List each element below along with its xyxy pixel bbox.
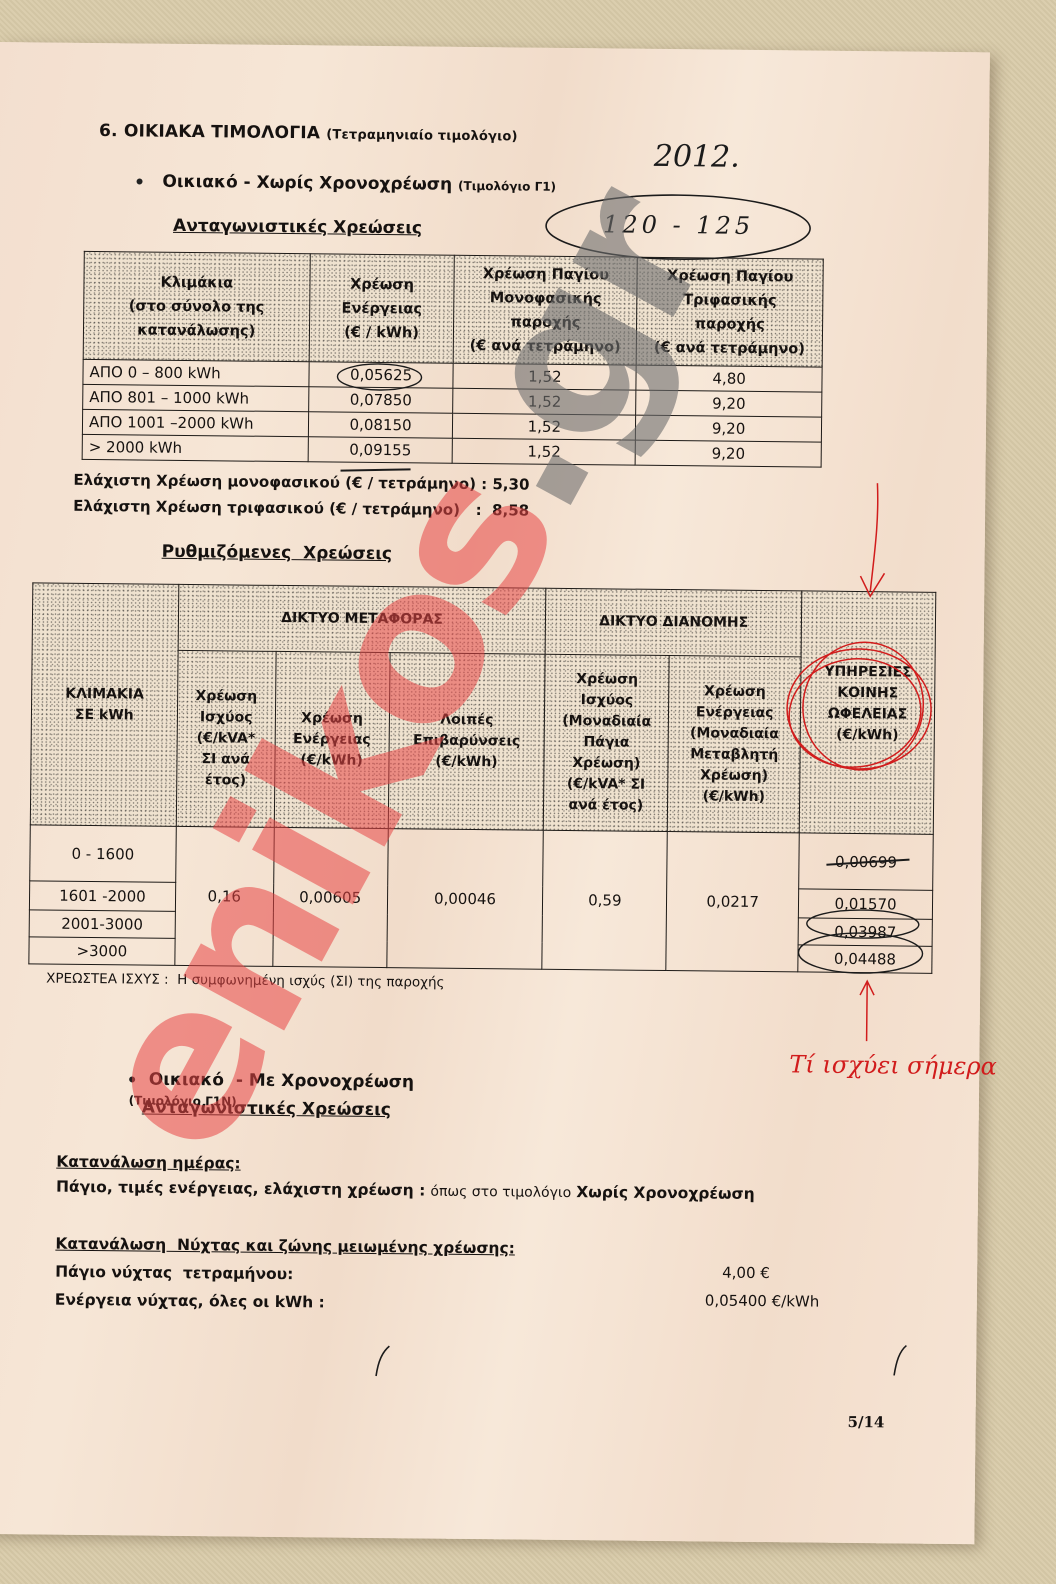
tier-cell: ΑΠΟ 1001 –2000 kWh <box>82 409 308 436</box>
day-consumption-line: Πάγιο, τιμές ενέργειας, ελάχιστη χρέωση … <box>56 1177 755 1203</box>
bullet-icon <box>137 178 143 184</box>
tier-cell: ΑΠΟ 0 – 800 kWh <box>83 359 309 386</box>
header-energy-charge: ΧρέωσηΕνέργειας(€ / kWh) <box>309 254 455 364</box>
header-distribution-network: ΔΙΚΤΥΟ ΔΙΑΝΟΜΗΣ <box>545 588 801 657</box>
tier-cell: ΑΠΟ 801 – 1000 kWh <box>83 384 309 411</box>
psp-value: 0,01570 <box>798 889 932 919</box>
tariff-g1-title-text: Οικιακό - Χωρίς Χρονοχρέωση <box>162 172 452 195</box>
dist-power-value: 0,59 <box>542 830 667 970</box>
header-tiers-kwh: ΚΛΙΜΑΚΙΑΣΕ kWh <box>30 583 178 827</box>
handwritten-red-note: Τί ισχύει σήμερα <box>789 1050 997 1080</box>
section-title: 6. ΟΙΚΙΑΚΑ ΤΙΜΟΛΟΓΙΑ (Τετραμηνιαίο τιμολ… <box>99 121 518 145</box>
dist-energy-value: 0,0217 <box>666 832 799 972</box>
header-tiers: Κλιμάκια(στο σύνολο τηςκατανάλωσης) <box>83 251 310 361</box>
section-title-text: 6. ΟΙΚΙΑΚΑ ΤΙΜΟΛΟΓΙΑ <box>99 121 320 143</box>
psp-value: 0,04488 <box>798 945 932 973</box>
header-dist-power-charge: ΧρέωσηΙσχύος(ΜοναδιαίαΠάγιαΧρέωση)(€/kVA… <box>544 654 670 831</box>
psp-value: 0,03987 <box>798 918 932 946</box>
header-dist-energy-charge: ΧρέωσηΕνέργειας(ΜοναδιαίαΜεταβλητήΧρέωση… <box>668 656 802 833</box>
red-arrow-up-icon <box>860 981 875 1041</box>
handwritten-year: 2012. <box>654 139 740 175</box>
night-energy-label: Ενέργεια νύχτας, όλες οι kWh : <box>55 1291 325 1312</box>
night-fixed-label: Πάγιο νύχτας τετραμήνου: <box>55 1263 293 1283</box>
page-number: 5/14 <box>848 1413 885 1431</box>
competitive-charges-heading: Ανταγωνιστικές Χρεώσεις <box>173 216 422 239</box>
header-public-service-obligations: ΥΠΗΡΕΣΙΕΣΚΟΙΝΗΣΩΦΕΛΕΙΑΣ(€/kWh) <box>799 591 935 834</box>
tier-cell: > 2000 kWh <box>82 434 308 461</box>
three-phase-fixed-cell: 9,20 <box>635 440 821 467</box>
night-fixed-value: 4,00 € <box>722 1264 770 1282</box>
psp-value: 0,00699 <box>799 833 933 890</box>
red-arrow-down-icon <box>860 483 885 596</box>
document-page: 6. ΟΙΚΙΑΚΑ ΤΙΜΟΛΟΓΙΑ (Τετραμηνιαίο τιμολ… <box>0 42 990 1544</box>
section-subtitle: (Τετραμηνιαίο τιμολόγιο) <box>326 127 518 144</box>
tariff-g1-title: Οικιακό - Χωρίς Χρονοχρέωση (Τιμολόγιο Γ… <box>136 171 556 195</box>
night-consumption-heading: Κατανάλωση Νύχτας και ζώνης μειωμένης χρ… <box>55 1235 515 1258</box>
night-energy-value: 0,05400 €/kWh <box>705 1291 820 1310</box>
